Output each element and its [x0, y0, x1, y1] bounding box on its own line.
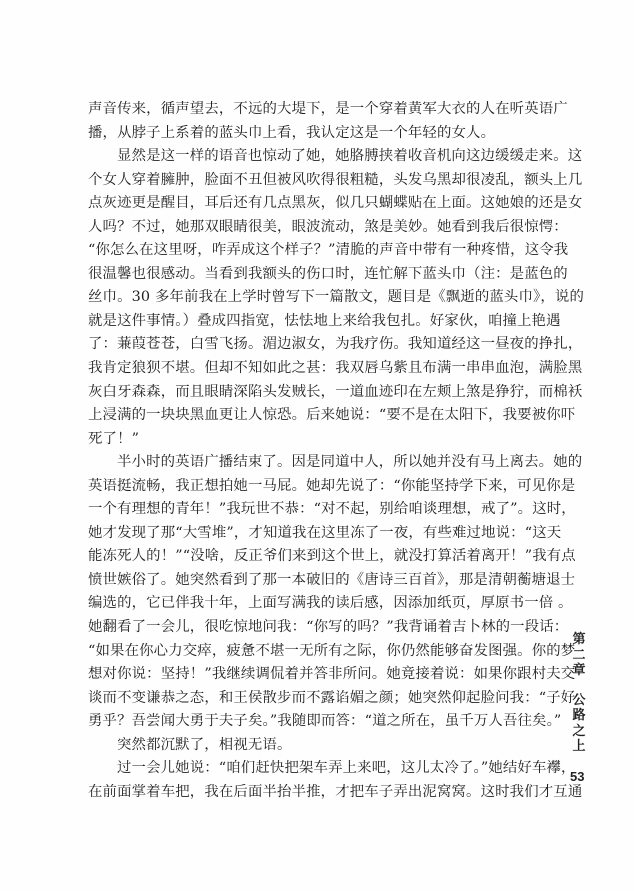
text-line: 声音传来，循声望去，不远的大堤下，是一个穿着黄军大衣的人在听英语广 [88, 98, 552, 122]
text-line: 愤世嫉俗了。她突然看到了那一本破旧的《唐诗三百首》，那是清朝蘅塘退士 [88, 569, 552, 593]
text-line: 人吗？不过，她那双眼睛很美，眼波流动，煞是美妙。她看到我后很惊愕： [88, 216, 552, 240]
text-line: “你怎么在这里呀，咋弄成这个样子？”清脆的声音中带有一种疼惜，这令我 [88, 239, 552, 263]
text-line: 想对你说：坚持！”我继续调侃着并答非所问。她竟接着说：如果你跟村夫交 [88, 663, 552, 687]
text-line: 能冻死人的！”“没啥，反正爷们来到这个世上，就没打算活着离开！”我有点 [88, 545, 552, 569]
text-line: 点灰迹更是醒目，耳后还有几点黑灰，似几只蝴蝶贴在上面。这她娘的还是女 [88, 192, 552, 216]
text-line: 丝巾。30 多年前我在上学时曾写下一篇散文，题目是《飘逝的蓝头巾》，说的 [88, 286, 552, 310]
chapter-char: 二 [569, 648, 589, 664]
text-line: 英语挺流畅，我正想拍她一马屁。她却先说了：“你能坚持学下来，可见你是 [88, 475, 552, 499]
text-line: 谈而不变谦恭之态，和王侯散步而不露谄媚之颜；她突然仰起脸问我：“子好 [88, 687, 552, 711]
text-line: 在前面掌着车把，我在后面半抬半推，才把车子弄出泥窝窝。这时我们才互通 [88, 781, 552, 805]
text-line: 半小时的英语广播结束了。因是同道中人，所以她并没有马上离去。她的 [88, 451, 552, 475]
chapter-char: 第 [569, 632, 589, 648]
text-line: 灰白牙森森，而且眼睛深陷头发贼长，一道血迹印在左颊上煞是狰狞，而棉袄 [88, 381, 552, 405]
text-line: 她翻看了一会儿，很吃惊地问我：“你写的吗？”我背诵着吉卜林的一段话： [88, 616, 552, 640]
body-text: 声音传来，循声望去，不远的大堤下，是一个穿着黄军大衣的人在听英语广播，从脖子上系… [88, 98, 552, 804]
text-line: 我肯定狼狈不堪。但却不知如此之甚：我双唇乌紫且布满一串串血泡，满脸黑 [88, 357, 552, 381]
title-char: 之 [569, 724, 589, 740]
chapter-side-heading: 第 二 章 公 路 之 上 [569, 632, 589, 755]
title-char: 公 [569, 693, 589, 709]
title-char: 上 [569, 739, 589, 755]
title-char: 路 [569, 708, 589, 724]
book-page: 声音传来，循声望去，不远的大堤下，是一个穿着黄军大衣的人在听英语广播，从脖子上系… [0, 0, 634, 891]
text-line: 突然都沉默了，相视无语。 [88, 734, 552, 758]
text-line: 一个有理想的青年！”我玩世不恭：“对不起，别给咱谈理想，戒了”。这时， [88, 498, 552, 522]
heading-gap [569, 679, 589, 693]
text-line: 就是这件事情。）叠成四指宽，怯怯地上来给我包扎。好家伙，咱撞上艳遇 [88, 310, 552, 334]
text-line: 勇乎？吾尝闻大勇于夫子矣。”我随即而答：“道之所在，虽千万人吾往矣。” [88, 710, 552, 734]
text-line: 显然是这一样的语音也惊动了她，她胳膊挟着收音机向这边缓缓走来。这 [88, 145, 552, 169]
text-line: 了：蒹葭苍苍，白雪飞扬。湄边淑女，为我疗伤。我知道经这一昼夜的挣扎， [88, 333, 552, 357]
text-line: “如果在你心力交瘁，疲惫不堪一无所有之际，你仍然能够奋发图强。你的梦 [88, 640, 552, 664]
text-line: 上浸满的一块块黑血更让人惊恐。后来她说：“要不是在太阳下，我要被你吓 [88, 404, 552, 428]
text-line: 播，从脖子上系着的蓝头巾上看，我认定这是一个年轻的女人。 [88, 122, 552, 146]
text-line: 死了！” [88, 428, 552, 452]
text-line: 编选的，它已伴我十年，上面写满我的读后感，因添加纸页，厚原书一倍 。 [88, 592, 552, 616]
text-line: 过一会儿她说：“咱们赶快把架车弄上来吧，这儿太冷了。”她结好车襻， [88, 757, 552, 781]
page-number: 53 [570, 769, 584, 784]
text-line: 个女人穿着臃肿，脸面不丑但被风吹得很粗糙，头发乌黑却很凌乱，额头上几 [88, 169, 552, 193]
chapter-char: 章 [569, 663, 589, 679]
text-line: 很温馨也很感动。当看到我额头的伤口时，连忙解下蓝头巾（注：是蓝色的 [88, 263, 552, 287]
text-line: 她才发现了那“大雪堆”，才知道我在这里冻了一夜，有些难过地说：“这天 [88, 522, 552, 546]
